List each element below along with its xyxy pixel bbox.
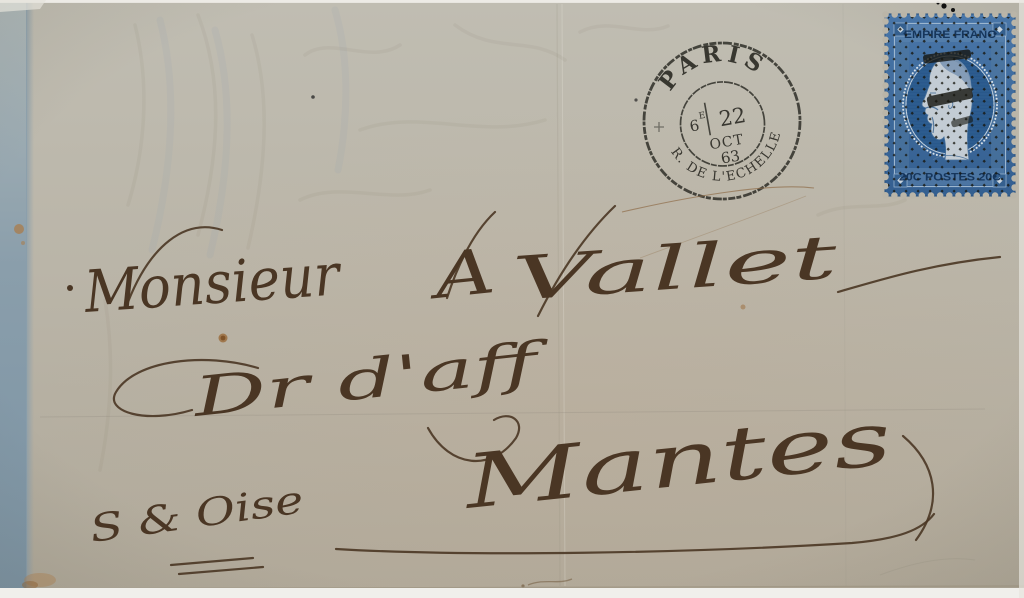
postage-stamp: EMPIRE FRANC 20C POSTES 20C (885, 14, 1015, 196)
postmark-year: 63 (719, 147, 741, 168)
cover-photo: PARIS R. DE L'ECHELLE 6 E 22 OCT 63 (0, 0, 1024, 598)
cancellation-dots (888, 17, 1012, 193)
ink-lead-dot (67, 285, 73, 291)
envelope-scene: PARIS R. DE L'ECHELLE 6 E 22 OCT 63 (0, 0, 1024, 598)
postmark-day: 22 (717, 103, 747, 131)
